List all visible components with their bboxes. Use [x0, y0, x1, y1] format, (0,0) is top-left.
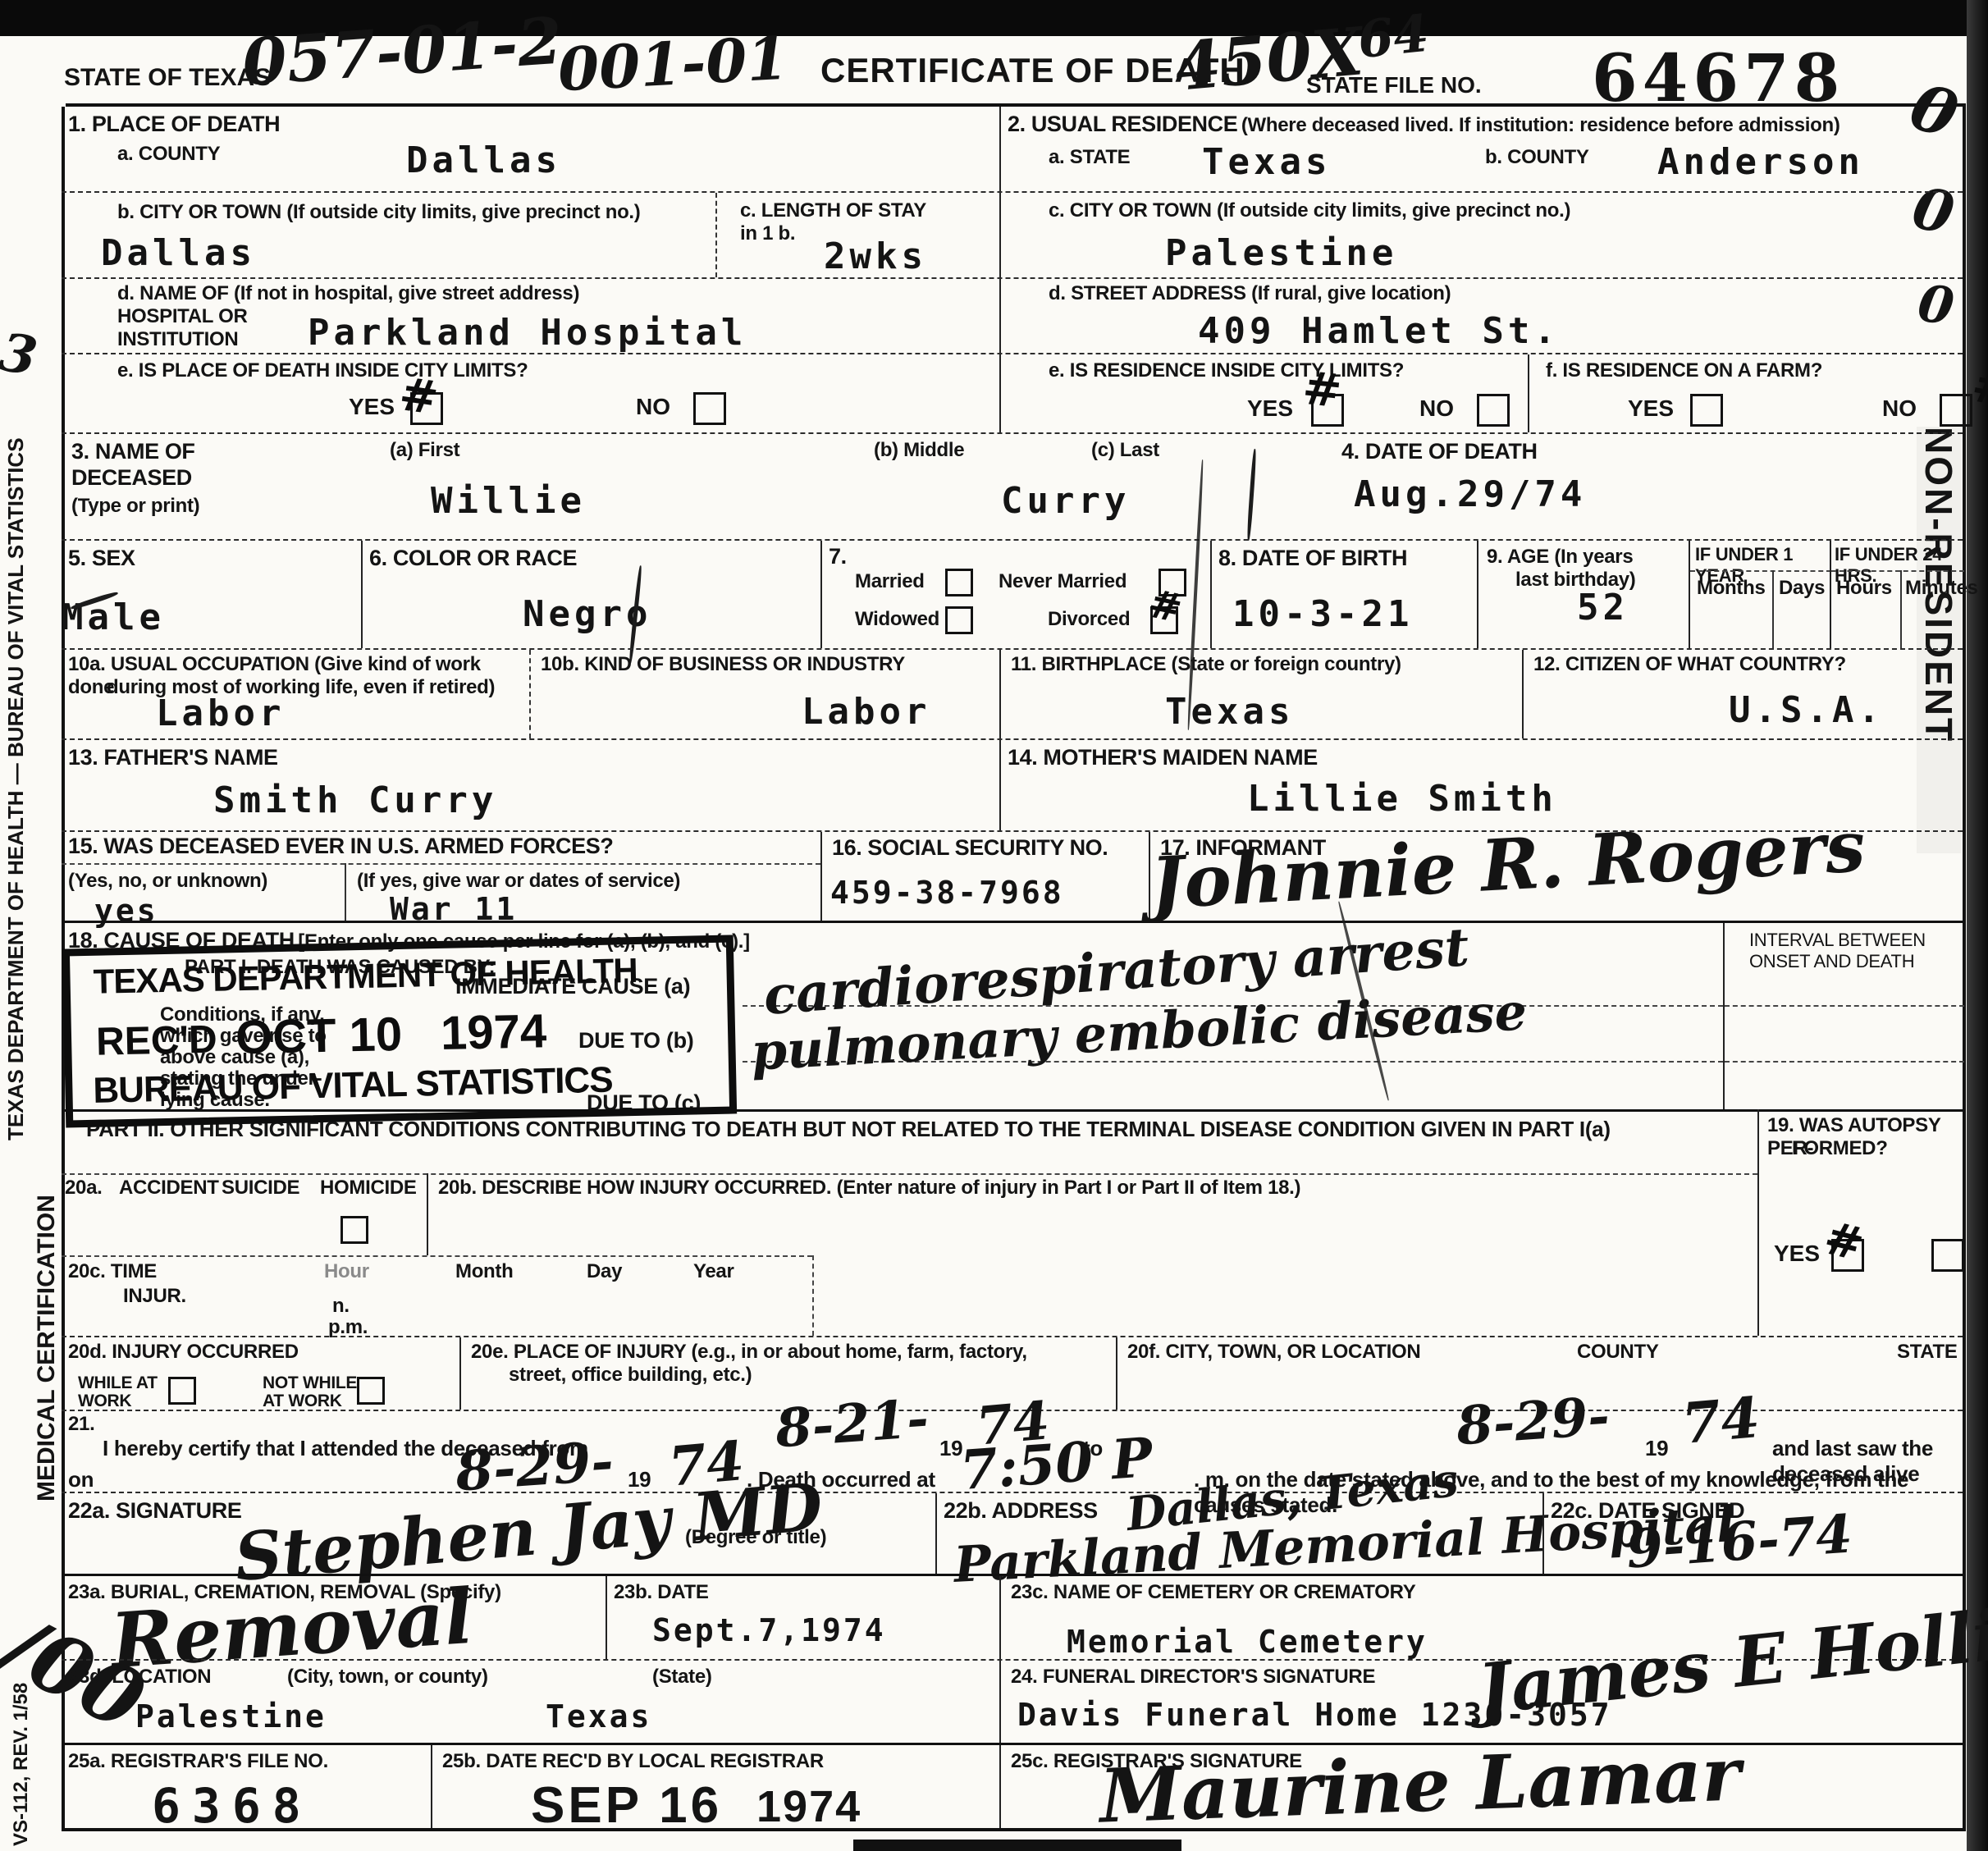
certify-hw-to-year: 74 [1680, 1385, 1762, 1457]
pod-city-value: Dallas [101, 232, 256, 274]
divorced-label: Divorced [1048, 608, 1130, 631]
sex-value: Male [62, 596, 165, 638]
row-1: 1. PLACE OF DEATH a. COUNTY Dallas 2. US… [62, 107, 1963, 191]
citizen-cell: 12. CITIZEN OF WHAT COUNTRY? U.S.A. [1522, 650, 1963, 738]
injury-c-label-1: 20c. TIME [68, 1260, 157, 1283]
under24-minutes-label: Minutes [1905, 577, 1978, 600]
hour-label: Hour [324, 1260, 369, 1283]
certify-label: 21. [68, 1413, 94, 1436]
burial-date-cell: 23b. DATE Sept.7,1974 [606, 1576, 999, 1659]
pod-county-label: a. COUNTY [117, 143, 220, 166]
while-at-label: WHILE AT [78, 1373, 158, 1393]
registrar-a-label: 25a. REGISTRAR'S FILE NO. [68, 1750, 328, 1773]
suicide-label: SUICIDE [222, 1177, 299, 1200]
injury-f-label: 20f. CITY, TOWN, OR LOCATION [1127, 1341, 1420, 1364]
farm-no-label: NO [1882, 395, 1917, 422]
stamp-line-2a: REC'D [96, 1017, 218, 1065]
injury-d-label: 20d. INJURY OCCURRED [68, 1341, 299, 1364]
usual-residence-header-cell: 2. USUAL RESIDENCE (Where deceased lived… [999, 107, 1963, 191]
widowed-label: Widowed [855, 608, 939, 631]
under1-rule [1690, 570, 1831, 572]
res-limits-label: e. IS RESIDENCE INSIDE CITY LIMITS? [1049, 359, 1404, 382]
director-label: 24. FUNERAL DIRECTOR'S SIGNATURE [1011, 1666, 1375, 1689]
res-no-checkbox[interactable] [1477, 394, 1510, 427]
armed-forces-cell: 15. WAS DECEASED EVER IN U.S. ARMED FORC… [62, 832, 820, 921]
row-15: 21. I hereby certify that I attended the… [62, 1410, 1963, 1492]
pod-city-cell: b. CITY OR TOWN (If outside city limits,… [62, 193, 715, 277]
under-1-year-cell: IF UNDER 1 YEAR Months Days [1689, 541, 1830, 648]
hospital-value: Parkland Hospital [308, 312, 747, 354]
res-state-value: Texas [1202, 141, 1331, 183]
farm-yes-label: YES [1628, 395, 1674, 422]
residence-title: 2. USUAL RESIDENCE [1008, 112, 1237, 136]
injury-occurred-cell: 20d. INJURY OCCURRED WHILE AT WORK NOT W… [62, 1337, 459, 1410]
farm-label: f. IS RESIDENCE ON A FARM? [1546, 359, 1822, 382]
name-cell: 3. NAME OF DECEASED (Type or print) (a) … [62, 434, 1272, 539]
row-5: 3. NAME OF DECEASED (Type or print) (a) … [62, 432, 1963, 539]
name-label-1: 3. NAME OF [71, 439, 195, 464]
length-of-stay-cell: c. LENGTH OF STAY in 1 b. 2wks [715, 193, 999, 277]
under1-months-label: Months [1697, 577, 1766, 600]
stamp-line-2c: 1974 [440, 1003, 546, 1061]
forces-sub-1: (Yes, no, or unknown) [68, 870, 267, 893]
forces-divider [345, 863, 346, 922]
handwritten-local-code: 001-01 [556, 23, 789, 105]
mother-label: 14. MOTHER'S MAIDEN NAME [1001, 740, 1963, 775]
mother-value: Lillie Smith [1247, 778, 1557, 820]
age-value: 52 [1577, 587, 1629, 628]
while-at-work-checkbox[interactable] [168, 1377, 196, 1405]
under1-divider [1772, 570, 1774, 650]
registrar-signature-cell: 25c. REGISTRAR'S SIGNATURE Maurine Lamar [999, 1745, 1963, 1828]
res-city-value: Palestine [1165, 232, 1397, 274]
sig-a-label: 22a. SIGNATURE [68, 1498, 241, 1523]
cemetery-value: Memorial Cemetery [1067, 1624, 1428, 1660]
under-24-hrs-cell: IF UNDER 24 HRS. Hours Minutes [1830, 541, 1963, 648]
industry-label: 10b. KIND OF BUSINESS OR INDUSTRY [541, 653, 905, 676]
certify-yr2: 19 [1645, 1436, 1668, 1461]
pod-limits-label: e. IS PLACE OF DEATH INSIDE CITY LIMITS? [117, 359, 528, 382]
handwritten-three: 3 [0, 322, 42, 389]
name-label-2: DECEASED [71, 465, 192, 490]
injury-a-label: 20a. [65, 1177, 103, 1200]
res-county-label: b. COUNTY [1485, 146, 1589, 169]
row-16: 22a. SIGNATURE Stephen Jay MD (Degree or… [62, 1492, 1963, 1574]
handwritten-64: 64 [1355, 3, 1431, 71]
occupation-value: Labor [156, 692, 285, 734]
divorced-mark: # [1145, 580, 1186, 632]
degree-label: (Degree or title) [685, 1526, 826, 1549]
burial-type-cell: 23a. BURIAL, CREMATION, REMOVAL (Specify… [62, 1576, 606, 1659]
race-label: 6. COLOR OR RACE [363, 541, 820, 575]
injury-state-label: STATE [1897, 1341, 1958, 1364]
ssn-cell: 16. SOCIAL SECURITY NO. 459-38-7968 [820, 832, 1149, 921]
registrar-b-label: 25b. DATE REC'D BY LOCAL REGISTRAR [442, 1750, 824, 1773]
residence-title-paren: (Where deceased lived. If institution: r… [1241, 114, 1840, 136]
describe-injury-cell: 20b. DESCRIBE HOW INJURY OCCURRED. (Ente… [427, 1173, 1757, 1255]
res-city-label: c. CITY OR TOWN (If outside city limits,… [1049, 199, 1787, 222]
father-value: Smith Curry [213, 779, 497, 821]
received-stamp: TEXAS DEPARTMENT OF HEALTH REC'D OCT 10 … [62, 935, 737, 1127]
row-4: e. IS PLACE OF DEATH INSIDE CITY LIMITS?… [62, 353, 1963, 432]
injury-c-label-2: INJUR. [123, 1285, 186, 1308]
middle-name-label: (b) Middle [874, 439, 964, 462]
interval-line-a [1725, 1005, 1964, 1007]
first-name-value: Willie [431, 480, 586, 522]
last-name-label: (c) Last [1091, 439, 1159, 462]
injury-e-label-2: street, office building, etc.) [509, 1364, 752, 1387]
row-18: 23d. LOCATION (City, town, or county) (S… [62, 1659, 1963, 1743]
am-label: n. [332, 1295, 350, 1318]
marital-cell: 7. Married Never Married Widowed Divorce… [820, 541, 1210, 648]
row-9: 15. WAS DECEASED EVER IN U.S. ARMED FORC… [62, 830, 1963, 921]
interval-label-2: ONSET AND DEATH [1749, 951, 1914, 972]
signature-cell: 22a. SIGNATURE Stephen Jay MD (Degree or… [62, 1493, 935, 1574]
age-label-1: 9. AGE (In years [1487, 546, 1633, 569]
row-13: 20c. TIME INJUR. Hour Month Day Year n. … [62, 1255, 1963, 1336]
interval-line-b [1725, 1061, 1964, 1063]
injury-county-label: COUNTY [1577, 1341, 1659, 1364]
burial-location-city: Palestine [135, 1698, 327, 1734]
father-label: 13. FATHER'S NAME [62, 740, 999, 775]
state-of-texas-label: STATE OF TEXAS [64, 64, 271, 92]
interval-cell: INTERVAL BETWEEN ONSET AND DEATH [1723, 923, 1963, 1109]
last-name-value: Curry [1001, 480, 1130, 522]
birthplace-cell: 11. BIRTHPLACE (State or foreign country… [999, 650, 1522, 738]
row-3: d. NAME OF (If not in hospital, give str… [62, 277, 1963, 353]
place-of-death-title: 1. PLACE OF DEATH [62, 107, 999, 141]
sex-cell: 5. SEX Male [62, 541, 361, 648]
homicide-checkbox[interactable] [340, 1216, 368, 1244]
scan-artifact-bottom [853, 1840, 1181, 1851]
marital-label: 7. [829, 544, 847, 569]
street-label: d. STREET ADDRESS (If rural, give locati… [1049, 282, 1451, 305]
at-work-label: AT WORK [263, 1392, 342, 1411]
row-2: b. CITY OR TOWN (If outside city limits,… [62, 191, 1963, 277]
funeral-director-cell: 24. FUNERAL DIRECTOR'S SIGNATURE Davis F… [999, 1661, 1963, 1743]
burial-location-cell: 23d. LOCATION (City, town, or county) (S… [62, 1661, 999, 1743]
stamp-line-1: TEXAS DEPARTMENT OF HEALTH [93, 951, 638, 1002]
accident-cell: 20a. ACCIDENT SUICIDE HOMICIDE [62, 1173, 427, 1255]
father-cell: 13. FATHER'S NAME Smith Curry [62, 740, 999, 830]
sex-label: 5. SEX [62, 541, 361, 575]
burial-b-label: 23b. DATE [614, 1581, 709, 1604]
ssn-value: 459-38-7968 [830, 875, 1064, 911]
row-12: 20a. ACCIDENT SUICIDE HOMICIDE 20b. DESC… [62, 1173, 1963, 1255]
pod-limits-cell: e. IS PLACE OF DEATH INSIDE CITY LIMITS?… [62, 354, 999, 432]
injury-b-label: 20b. DESCRIBE HOW INJURY OCCURRED. (Ente… [438, 1177, 1505, 1200]
res-state-label: a. STATE [1049, 146, 1130, 169]
under24-hours-label: Hours [1836, 577, 1892, 600]
age-cell: 9. AGE (In years last birthday) 52 [1477, 541, 1689, 648]
dob-cell: 8. DATE OF BIRTH 10-3-21 [1210, 541, 1477, 648]
forces-rule [62, 863, 820, 865]
registrar-signature: Maurine Lamar [1098, 1730, 1742, 1840]
address-cell: 22b. ADDRESS Dallas, Texas Parkland Memo… [935, 1493, 1542, 1574]
hospital-cell: d. NAME OF (If not in hospital, give str… [62, 279, 999, 353]
registrar-file-number: 6368 [152, 1778, 313, 1834]
street-address-cell: d. STREET ADDRESS (If rural, give locati… [999, 279, 1963, 353]
farm-cell: f. IS RESIDENCE ON A FARM? YES NO # [1528, 354, 1963, 432]
forces-label: 15. WAS DECEASED EVER IN U.S. ARMED FORC… [68, 834, 613, 858]
race-cell: 6. COLOR OR RACE Negro [361, 541, 820, 648]
informant-cell: 17. INFORMANT Johnnie R. Rogers [1149, 832, 1963, 921]
registrar-file-cell: 25a. REGISTRAR'S FILE NO. 6368 [62, 1745, 431, 1828]
dod-value: Aug.29/74 [1354, 473, 1586, 515]
certify-hw-from: 8-21- [774, 1388, 930, 1460]
time-injury-cell: 20c. TIME INJUR. Hour Month Day Year n. … [62, 1255, 812, 1336]
pod-yes-label: YES [349, 394, 395, 420]
date-received-stamp-1: SEP 16 [531, 1776, 722, 1835]
stay-label: c. LENGTH OF STAY [740, 199, 926, 222]
form-right-border [1963, 107, 1966, 1831]
row13-divider [812, 1255, 814, 1336]
hospital-label-3: INSTITUTION [117, 328, 238, 351]
injury-e-label-1: 20e. PLACE OF INJURY (e.g., in or about … [471, 1341, 1027, 1364]
medical-certification-vertical-label: MEDICAL CERTIFICATION [33, 944, 61, 1501]
under24-divider [1900, 570, 1902, 650]
burial-d-sub2: (State) [652, 1666, 712, 1689]
burial-d-label: 23d. LOCATION [68, 1666, 211, 1689]
widowed-checkbox[interactable] [945, 606, 973, 634]
burial-d-sub1: (City, town, or county) [287, 1666, 488, 1689]
year-label: Year [693, 1260, 734, 1283]
month-label: Month [455, 1260, 513, 1283]
place-of-death-header-cell: 1. PLACE OF DEATH a. COUNTY Dallas [62, 107, 999, 191]
stamp-line-2b: OCT 10 [235, 1007, 402, 1065]
name-label-3: (Type or print) [71, 495, 199, 518]
under1-days-label: Days [1779, 577, 1825, 600]
married-checkbox[interactable] [945, 569, 973, 596]
state-file-no-label: STATE FILE NO. [1306, 72, 1482, 98]
pod-no-label: NO [636, 394, 670, 420]
certify-on: on [68, 1467, 94, 1492]
death-certificate-page: STATE OF TEXAS 057-01-2 001-01 CERTIFICA… [0, 0, 1988, 1851]
res-no-label: NO [1419, 395, 1454, 422]
stay-sublabel: in 1 b. [740, 222, 795, 245]
row-7: 10a. USUAL OCCUPATION (Give kind of work… [62, 648, 1963, 738]
burial-c-label: 23c. NAME OF CEMETERY OR CREMATORY [1011, 1581, 1415, 1604]
stay-value: 2wks [824, 235, 927, 277]
street-value: 409 Hamlet St. [1198, 310, 1560, 352]
res-city-cell: c. CITY OR TOWN (If outside city limits,… [999, 193, 1963, 277]
pod-yes-mark: # [396, 367, 442, 426]
under24-rule [1831, 570, 1964, 572]
burial-date-value: Sept.7,1974 [652, 1612, 886, 1648]
pod-no-checkbox[interactable] [693, 392, 726, 425]
burial-location-state: Texas [546, 1698, 651, 1734]
res-yes-label: YES [1247, 395, 1293, 422]
hospital-label-2: HOSPITAL OR [117, 305, 248, 328]
accident-label: ACCIDENT [119, 1177, 219, 1200]
pod-county-value: Dallas [406, 139, 561, 181]
stamp-line-3: BUREAU OF VITAL STATISTICS [93, 1060, 613, 1112]
not-while-label: NOT WHILE [263, 1373, 357, 1393]
row-6: 5. SEX Male 6. COLOR OR RACE Negro 7. Ma… [62, 539, 1963, 648]
sig-b-label: 22b. ADDRESS [944, 1498, 1098, 1523]
res-yes-mark: # [1300, 361, 1345, 419]
never-married-label: Never Married [999, 570, 1127, 593]
certify-hw-to: 8-29- [1455, 1386, 1611, 1458]
married-label: Married [855, 570, 925, 593]
homicide-label: HOMICIDE [320, 1177, 417, 1200]
day-label: Day [587, 1260, 622, 1283]
industry-value: Labor [802, 691, 930, 733]
dob-label: 8. DATE OF BIRTH [1212, 541, 1477, 575]
farm-yes-checkbox[interactable] [1690, 394, 1723, 427]
date-signed-cell: 22c. DATE SIGNED 9-16-74 [1542, 1493, 1963, 1574]
first-name-label: (a) First [390, 439, 459, 462]
dob-value: 10-3-21 [1232, 593, 1413, 635]
birthplace-label: 11. BIRTHPLACE (State or foreign country… [1011, 653, 1401, 676]
date-received-stamp-2: 1974 [756, 1781, 861, 1832]
not-while-at-work-checkbox[interactable] [357, 1377, 385, 1405]
res-limits-cell: e. IS RESIDENCE INSIDE CITY LIMITS? YES … [999, 354, 1528, 432]
occupation-cell: 10a. USUAL OCCUPATION (Give kind of work… [62, 650, 529, 738]
birthplace-value: Texas [1165, 691, 1294, 733]
forces-sub-2: (If yes, give war or dates of service) [357, 870, 680, 893]
ssn-label: 16. SOCIAL SECURITY NO. [832, 835, 1108, 860]
citizen-value: U.S.A. [1729, 689, 1884, 731]
work-label: WORK [78, 1392, 131, 1411]
citizen-label: 12. CITIZEN OF WHAT COUNTRY? [1533, 653, 1846, 676]
date-of-death-cell: 4. DATE OF DEATH Aug.29/74 [1272, 434, 1963, 539]
res-county-value: Anderson [1657, 141, 1864, 183]
pod-city-label: b. CITY OR TOWN (If outside city limits,… [117, 201, 659, 224]
dod-label: 4. DATE OF DEATH [1341, 439, 1538, 464]
industry-cell: 10b. KIND OF BUSINESS OR INDUSTRY Labor [529, 650, 999, 738]
hospital-label-1: d. NAME OF (If not in hospital, give str… [117, 282, 579, 305]
autopsy-label-2: FORMED? [1792, 1137, 1888, 1160]
scan-artifact-right [1967, 0, 1988, 1851]
interval-label-1: INTERVAL BETWEEN [1749, 930, 1926, 951]
date-received-cell: 25b. DATE REC'D BY LOCAL REGISTRAR SEP 1… [431, 1745, 999, 1828]
row-19: 25a. REGISTRAR'S FILE NO. 6368 25b. DATE… [62, 1743, 1963, 1831]
